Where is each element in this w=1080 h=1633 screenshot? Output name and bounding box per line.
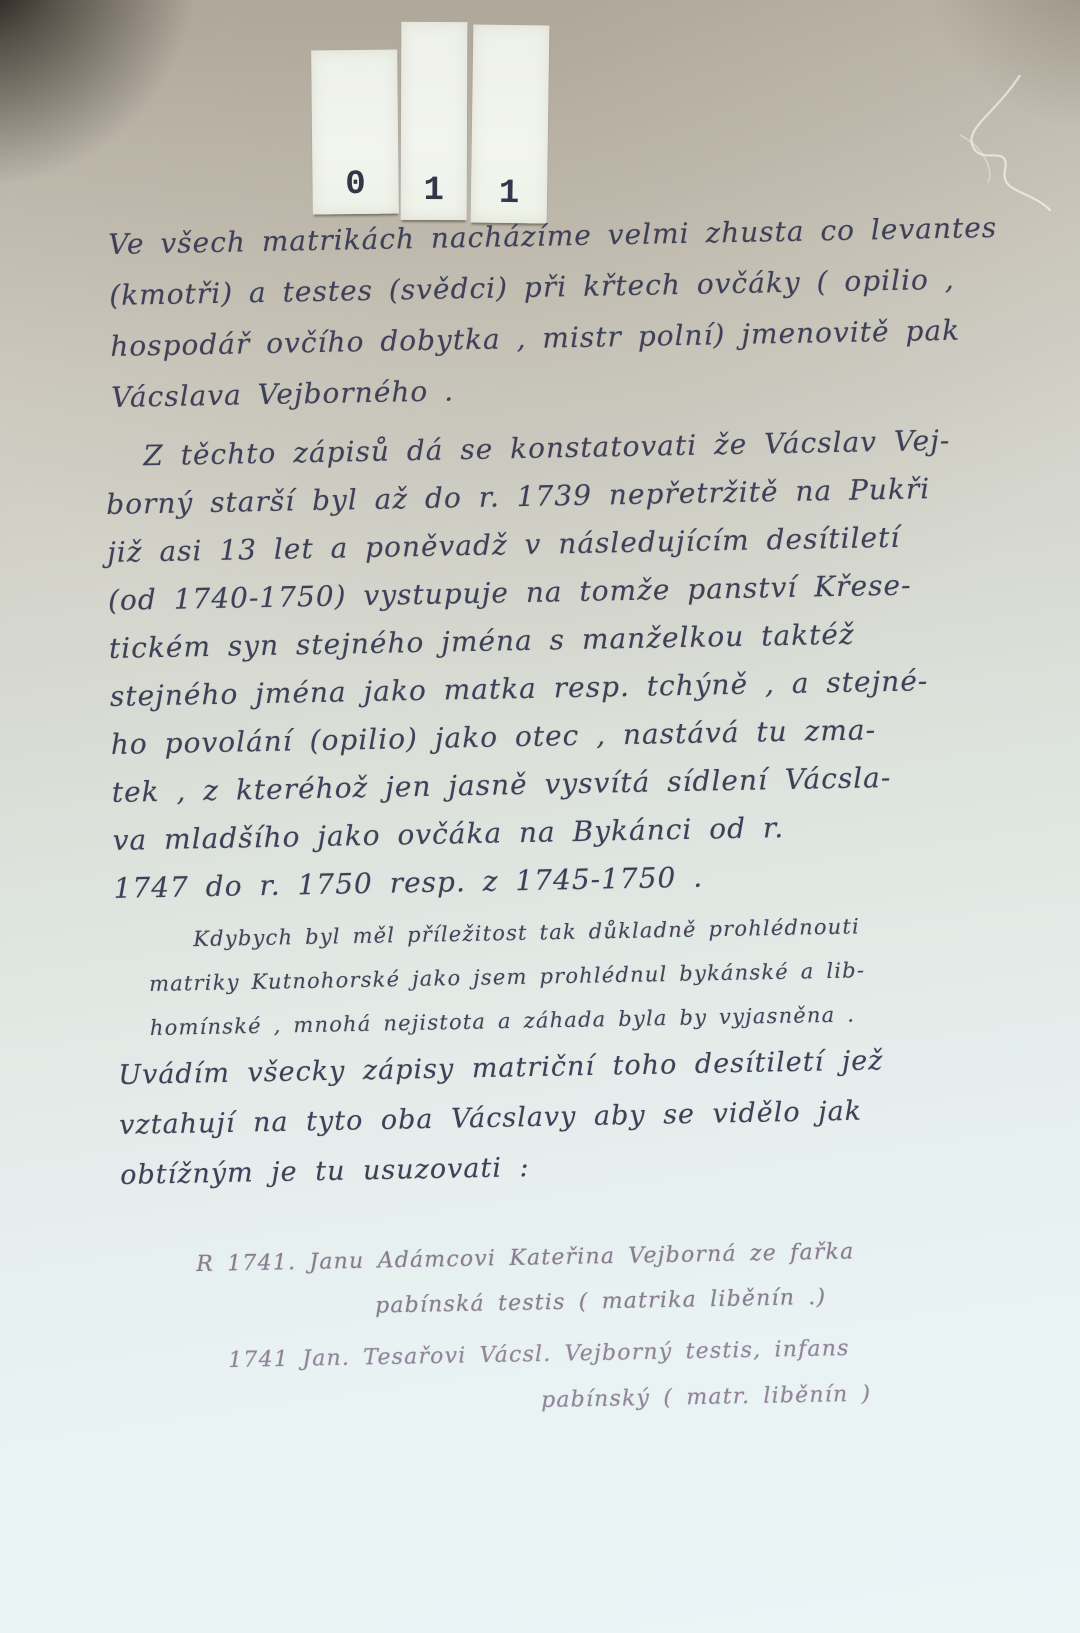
register-entry-1741-adamec: R 1741. Janu Adámcovi Kateřina Vejborná … xyxy=(196,1239,856,1342)
slip-digit: 1 xyxy=(423,172,444,210)
paragraph-analysis: Z těchto zápisů dá se konstatovati že Vá… xyxy=(105,424,959,920)
paragraph-intro: Ve všech matrikách nacházíme velmi zhust… xyxy=(108,211,1001,432)
handwritten-line: pabínská testis ( matrika liběnín .) xyxy=(375,1284,856,1338)
slip-digit: 0 xyxy=(345,166,366,204)
register-entry-1741-tesar: 1741 Jan. Tesařovi Vácsl. Vejborný testi… xyxy=(228,1336,872,1440)
numbering-slip-2: 1 xyxy=(401,22,468,220)
manuscript-photo: 0 1 1 Ve všech matrikách nacházíme velmi… xyxy=(0,0,1080,1633)
numbering-slip-1: 0 xyxy=(311,50,399,215)
handwritten-line: pabínský ( matr. liběnín ) xyxy=(541,1382,872,1434)
numbering-slip-3: 1 xyxy=(471,24,550,223)
scratch-mark xyxy=(900,75,1080,215)
paragraph-remark: Kdybych byl měl příležitost tak důkladně… xyxy=(148,914,867,1060)
paragraph-announce-list: Uvádím všecky zápisy matriční toho desít… xyxy=(118,1045,886,1210)
slip-digit: 1 xyxy=(499,175,520,213)
